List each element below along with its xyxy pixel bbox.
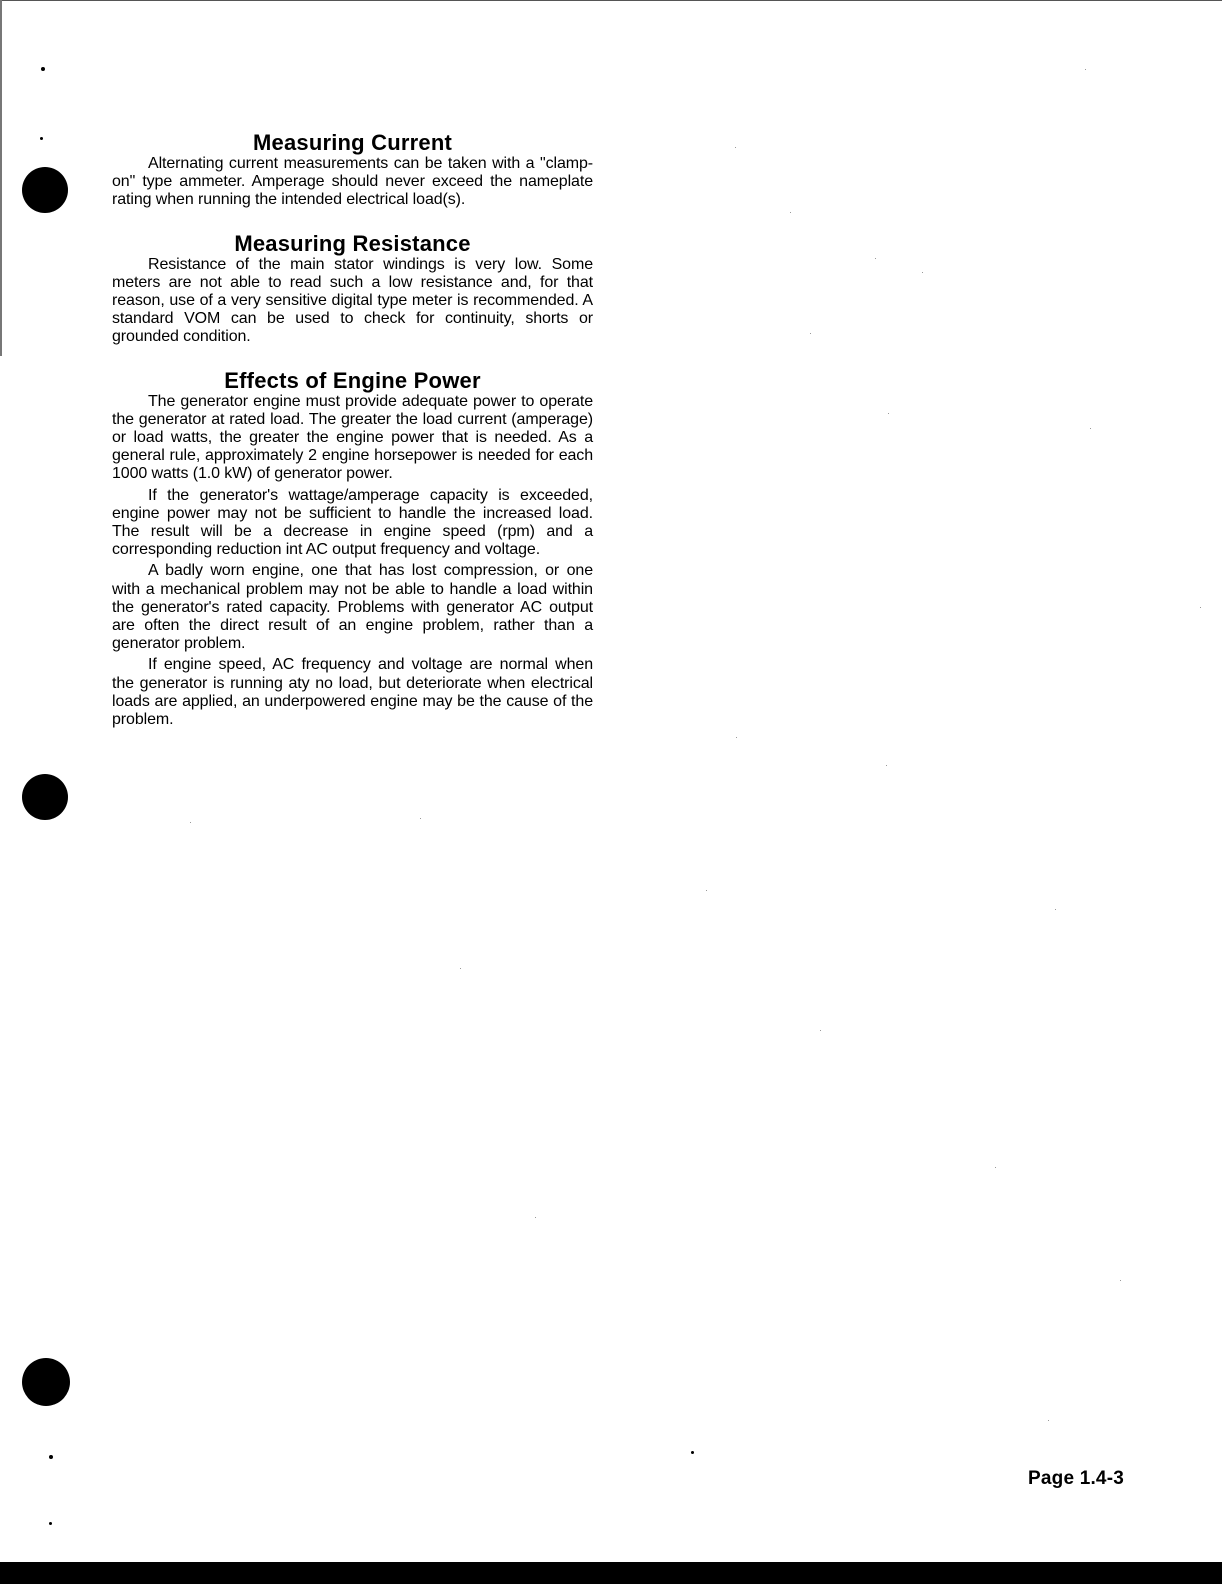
- section-effects-of-engine-power: Effects of Engine Power The generator en…: [112, 369, 593, 730]
- section-heading: Measuring Resistance: [112, 232, 593, 256]
- section-heading: Effects of Engine Power: [112, 369, 593, 393]
- scan-speck: [41, 67, 45, 71]
- punch-hole: [22, 1358, 70, 1406]
- document-column: Measuring Current Alternating current me…: [112, 131, 593, 751]
- punch-hole: [22, 167, 68, 213]
- paragraph: The generator engine must provide adequa…: [112, 393, 593, 484]
- punch-hole: [22, 774, 68, 820]
- section-heading: Measuring Current: [112, 131, 593, 155]
- scan-speck: [49, 1455, 53, 1459]
- paragraph: Alternating current measurements can be …: [112, 155, 593, 210]
- page-top-border: [0, 0, 1222, 1]
- paragraph: Resistance of the main stator windings i…: [112, 256, 593, 347]
- paragraph: If engine speed, AC frequency and voltag…: [112, 656, 593, 729]
- scan-speck: [49, 1522, 52, 1525]
- page-bottom-edge: [0, 1562, 1222, 1584]
- scan-speck: [691, 1451, 694, 1454]
- page-number: Page 1.4-3: [1028, 1468, 1124, 1490]
- scan-speck: [40, 137, 43, 140]
- section-measuring-resistance: Measuring Resistance Resistance of the m…: [112, 232, 593, 347]
- section-measuring-current: Measuring Current Alternating current me…: [112, 131, 593, 210]
- page-left-border: [0, 0, 2, 356]
- paragraph: If the generator's wattage/amperage capa…: [112, 487, 593, 560]
- paragraph: A badly worn engine, one that has lost c…: [112, 562, 593, 653]
